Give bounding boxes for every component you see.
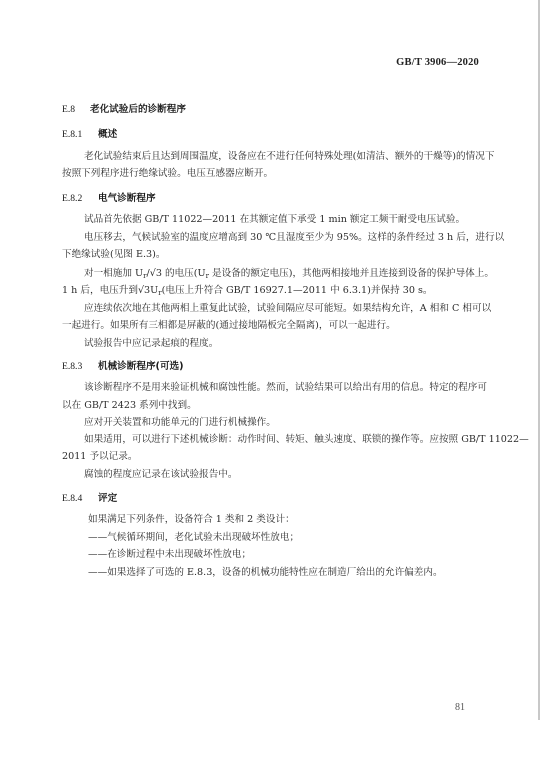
- paragraph-line: 如果适用，可以进行下述机械诊断：动作时间、转矩、触头速度、联锁的操作等。应按照 …: [84, 434, 529, 446]
- paragraph-line: 应连续依次地在其他两相上重复此试验，试验间隔应尽可能短。如果结构允许，A 相和 …: [84, 303, 491, 315]
- paragraph-line: 一起进行。如果所有三相都是屏蔽的(通过接地隔板完全隔离)，可以一起进行。: [62, 320, 396, 332]
- document-page: GB/T 3906—2020 E.8老化试验后的诊断程序 E.8.1概述 老化试…: [0, 0, 541, 759]
- section-title: 老化试验后的诊断程序: [90, 104, 186, 115]
- paragraph-line: 2011 予以记录。: [62, 451, 137, 463]
- section-heading-e84: E.8.4评定: [62, 493, 117, 505]
- list-item: ——在诊断过程中未出现破坏性放电；: [88, 549, 251, 561]
- standard-number-header: GB/T 3906—2020: [396, 57, 479, 68]
- page-edge-shadow: [538, 0, 540, 720]
- section-number: E.8: [62, 104, 90, 116]
- section-heading-e81: E.8.1概述: [62, 129, 117, 141]
- section-heading-e8: E.8老化试验后的诊断程序: [62, 104, 186, 116]
- section-number: E.8.1: [62, 129, 98, 141]
- paragraph-line: 如果满足下列条件，设备符合 1 类和 2 类设计：: [88, 514, 295, 526]
- section-title: 概述: [98, 129, 117, 140]
- paragraph-line: 腐蚀的程度应记录在该试验报告中。: [84, 469, 238, 481]
- paragraph-line: 下绝缘试验(见图 E.3)。: [62, 249, 165, 261]
- paragraph-line: 按照下列程序进行绝缘试验。电压互感器应断开。: [62, 168, 273, 180]
- section-heading-e82: E.8.2电气诊断程序: [62, 193, 156, 205]
- paragraph-line: 试验报告中应记录起痕的程度。: [84, 338, 218, 350]
- paragraph-line-formula: 对一相施加 Ur/√3 的电压(Ur 是设备的额定电压)，其他两相接地并且连接到…: [84, 268, 494, 282]
- section-number: E.8.3: [62, 361, 98, 373]
- section-number: E.8.4: [62, 493, 98, 505]
- section-title: 评定: [98, 493, 117, 504]
- paragraph-line: 试品首先依据 GB/T 11022—2011 在其额定值下承受 1 min 额定…: [84, 214, 465, 226]
- paragraph-line: 该诊断程序不是用来验证机械和腐蚀性能。然而，试验结果可以给出有用的信息。特定的程…: [84, 382, 487, 394]
- list-item: ——如果选择了可选的 E.8.3，设备的机械功能特性应在制造厂给出的允许偏差内。: [88, 567, 443, 579]
- section-heading-e83: E.8.3机械诊断程序(可选): [62, 361, 184, 373]
- list-item: ——气候循环期间，老化试验未出现破坏性放电；: [88, 532, 299, 544]
- page-number: 81: [455, 702, 465, 713]
- section-title: 电气诊断程序: [98, 193, 156, 204]
- paragraph-line: 以在 GB/T 2423 系列中找到。: [62, 400, 197, 412]
- paragraph-line-formula: 1 h 后，电压升到√3Ur(电压上升符合 GB/T 16927.1—2011 …: [62, 285, 433, 299]
- section-number: E.8.2: [62, 193, 98, 205]
- paragraph-line: 老化试验结束后且达到周围温度，设备应在不进行任何特殊处理(如清洁、额外的干燥等)…: [84, 151, 494, 163]
- paragraph-line: 电压移去，气候试验室的温度应增高到 30 ℃且湿度至少为 95%。这样的条件经过…: [84, 232, 504, 244]
- paragraph-line: 应对开关装置和功能单元的门进行机械操作。: [84, 417, 276, 429]
- section-title: 机械诊断程序(可选): [98, 361, 184, 372]
